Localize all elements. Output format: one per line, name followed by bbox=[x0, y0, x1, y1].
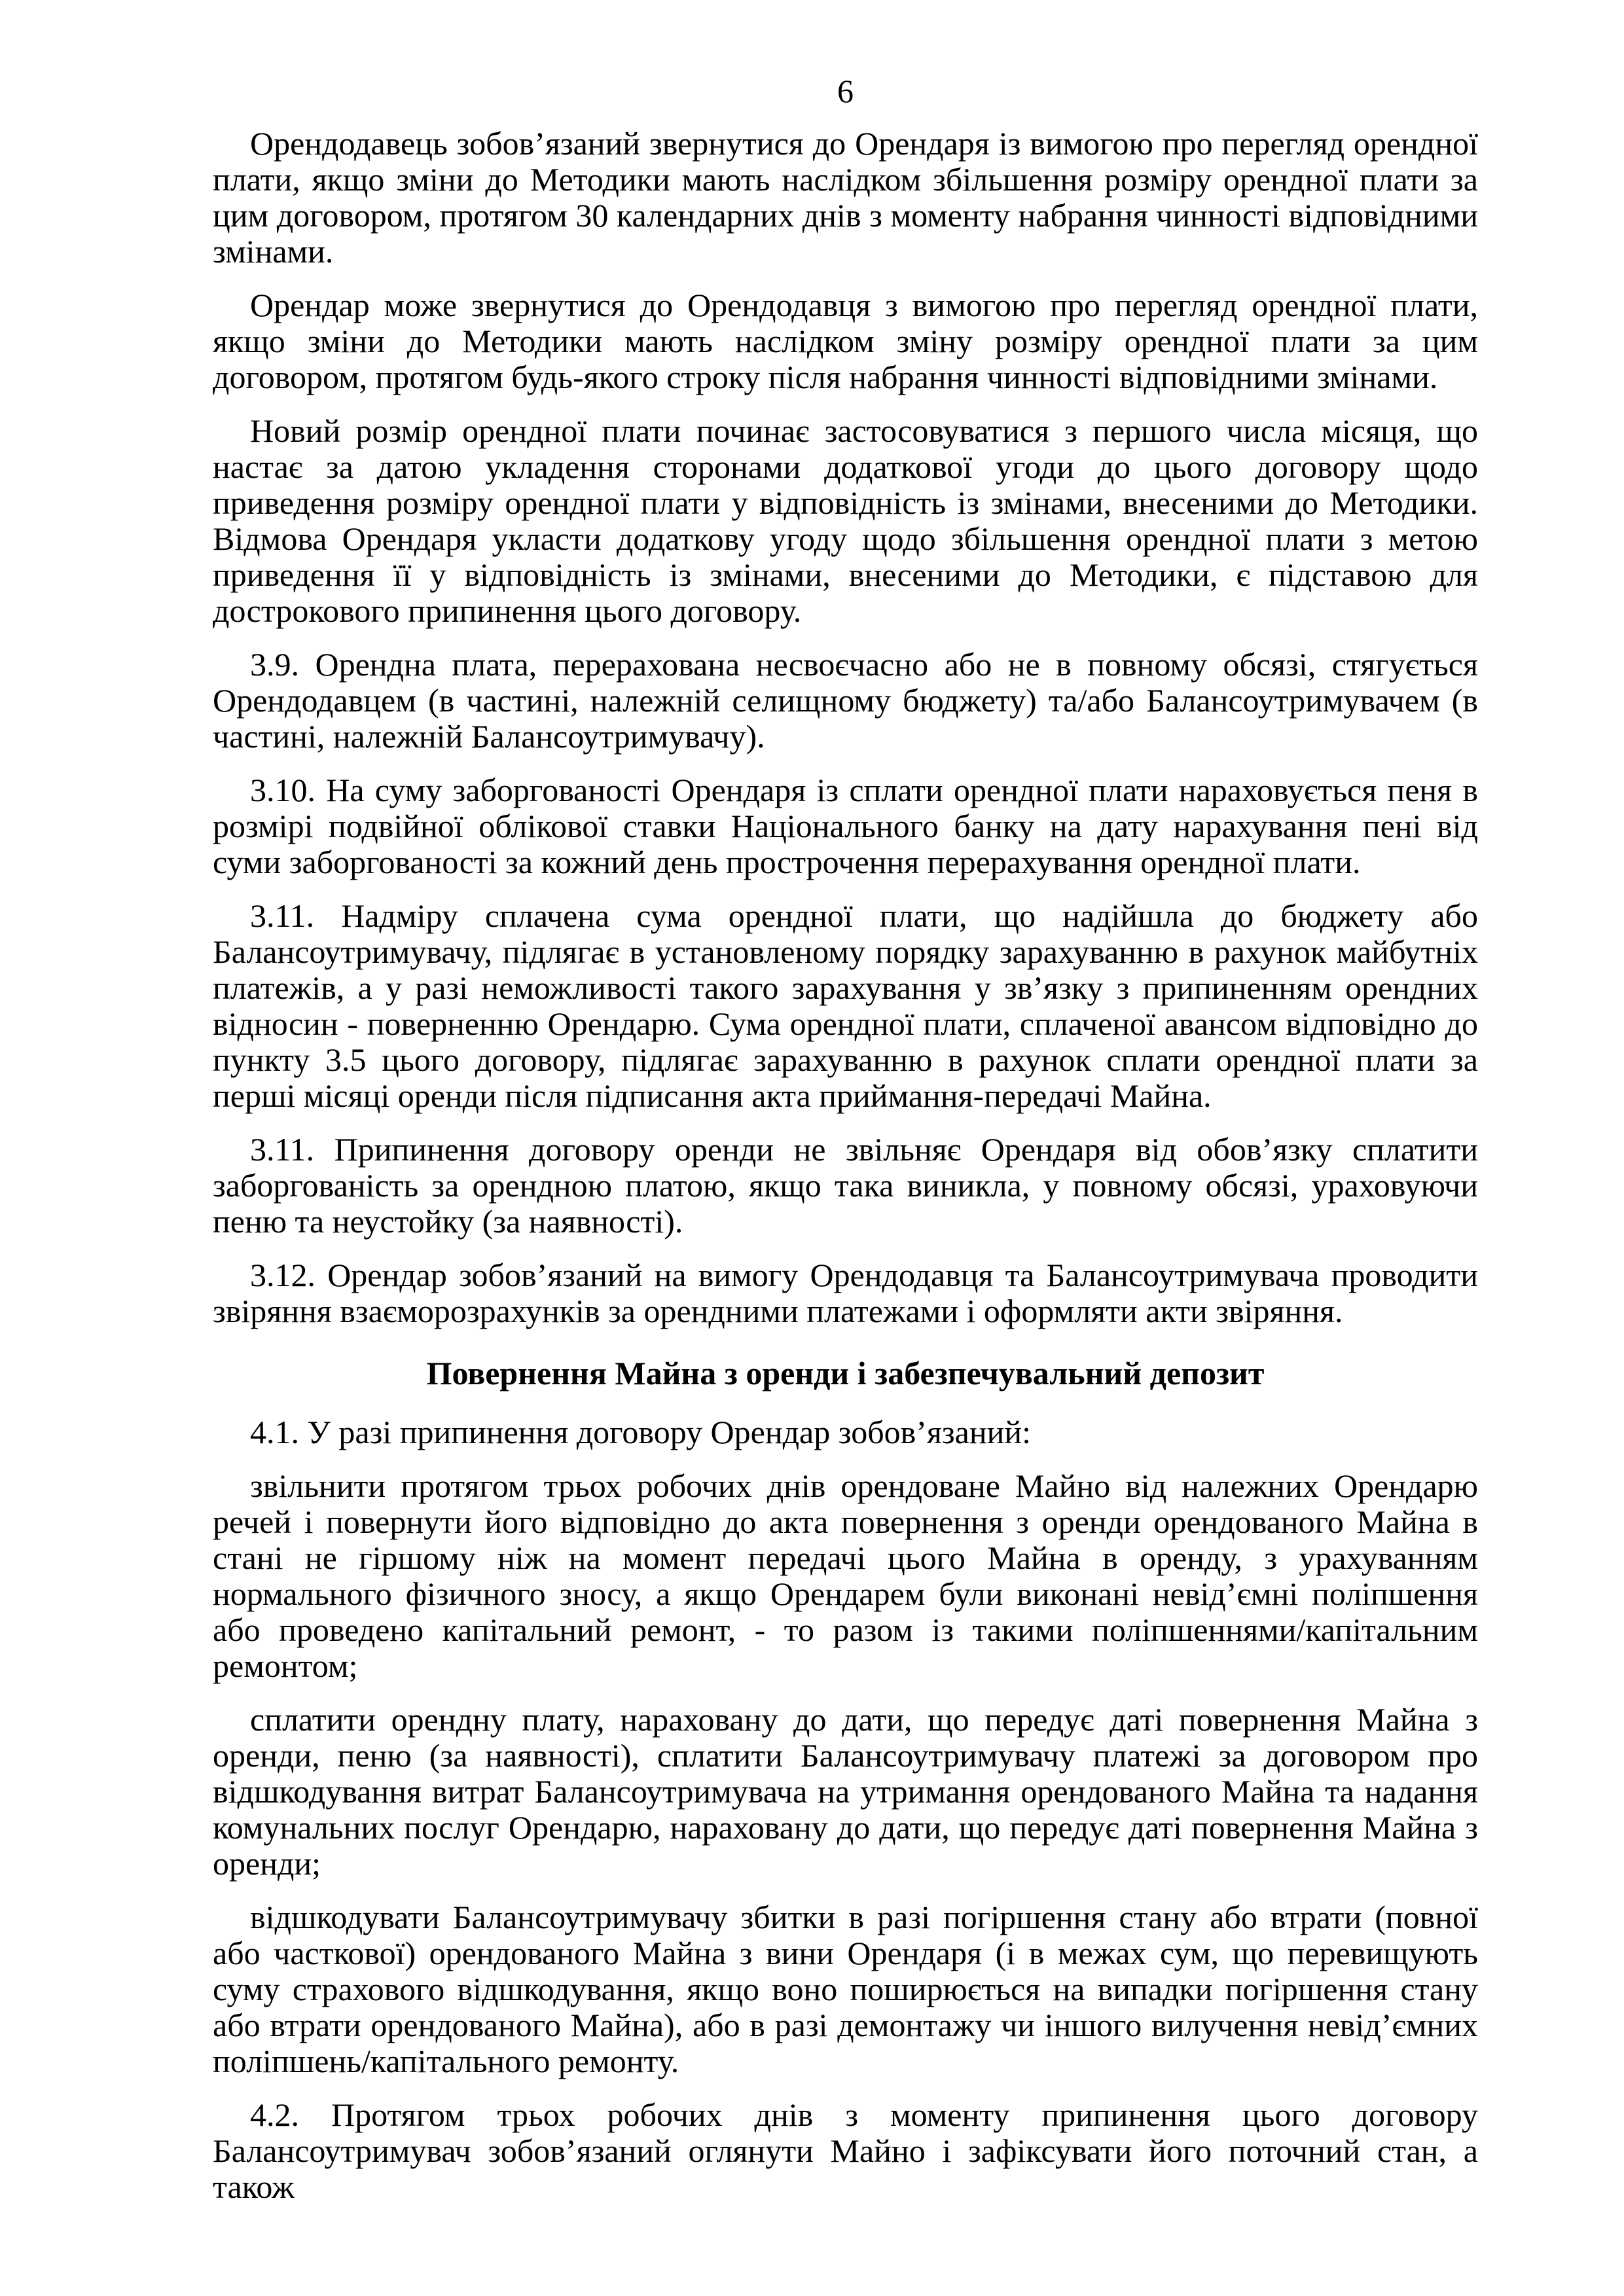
para-new-rent-amount-application: Новий розмір орендної плати починає заст… bbox=[213, 413, 1478, 629]
document-body: Орендодавець зобов’язаний звернутися до … bbox=[213, 126, 1478, 2205]
section-heading-property-return-deposit: Повернення Майна з оренди і забезпечувал… bbox=[213, 1355, 1478, 1391]
para-3-11-overpaid-rent: 3.11. Надміру сплачена сума орендної пла… bbox=[213, 898, 1478, 1114]
para-3-12-reconciliation-acts: 3.12. Орендар зобов’язаний на вимогу Оре… bbox=[213, 1257, 1478, 1329]
para-compensate-balance-holder-losses: відшкодувати Балансоутримувачу збитки в … bbox=[213, 1899, 1478, 2079]
para-3-11-termination-debt-obligation: 3.11. Припинення договору оренди не звіл… bbox=[213, 1132, 1478, 1240]
para-lessee-rent-review-request: Орендар може звернутися до Орендодавця з… bbox=[213, 287, 1478, 395]
para-pay-rent-until-return-date: сплатити орендну плату, нараховану до да… bbox=[213, 1702, 1478, 1882]
para-vacate-and-return-property: звільнити протягом трьох робочих днів ор… bbox=[213, 1468, 1478, 1684]
para-4-1-lessee-obligations-on-termination: 4.1. У разі припинення договору Орендар … bbox=[213, 1414, 1478, 1450]
para-4-2-inspection-after-termination: 4.2. Протягом трьох робочих днів з момен… bbox=[213, 2097, 1478, 2205]
para-3-10-penalty-interest: 3.10. На суму заборгованості Орендаря із… bbox=[213, 772, 1478, 880]
para-lessor-rent-review-demand: Орендодавець зобов’язаний звернутися до … bbox=[213, 126, 1478, 270]
para-3-9-late-rent-collection: 3.9. Орендна плата, перерахована несвоєч… bbox=[213, 647, 1478, 755]
page-number: 6 bbox=[213, 73, 1478, 109]
document-page: 6 Орендодавець зобов’язаний звернутися д… bbox=[0, 0, 1624, 2296]
